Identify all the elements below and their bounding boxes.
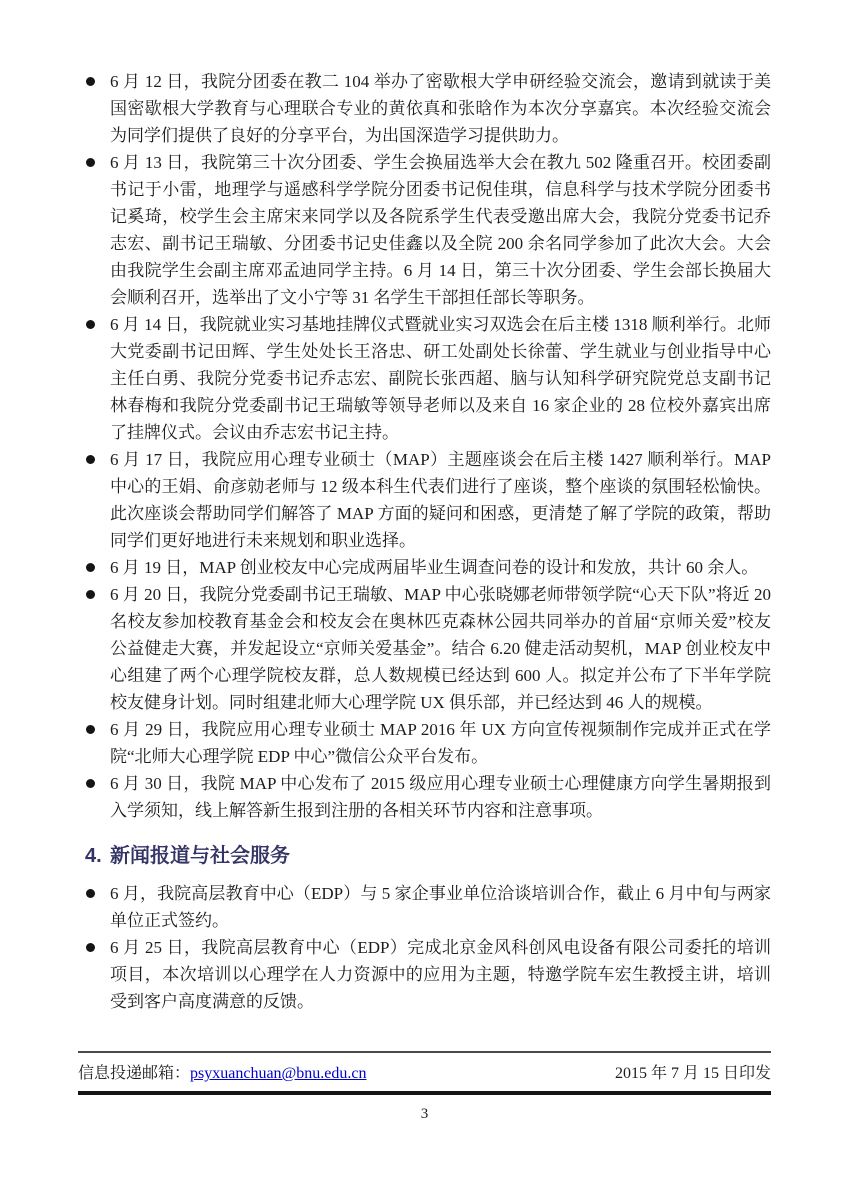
list-item-text: 6 月 30 日，我院 MAP 中心发布了 2015 级应用心理专业硕士心理健康… [110,774,771,820]
page-content: 6 月 12 日，我院分团委在教二 104 举办了密歇根大学申研经验交流会，邀请… [78,68,771,1015]
list-item: 6 月 29 日，我院应用心理专业硕士 MAP 2016 年 UX 方向宣传视频… [78,716,771,770]
footer-row: 信息投递邮箱： psyxuanchuan@bnu.edu.cn 2015 年 7… [78,1060,771,1083]
page-footer: 信息投递邮箱： psyxuanchuan@bnu.edu.cn 2015 年 7… [78,1051,771,1095]
list-item: 6 月 19 日，MAP 创业校友中心完成两届毕业生调查问卷的设计和发放，共计 … [78,554,771,581]
list-item-text: 6 月 19 日，MAP 创业校友中心完成两届毕业生调查问卷的设计和发放，共计 … [110,558,758,577]
footer-divider-thin [78,1051,771,1053]
list-item-text: 6 月 25 日，我院高层教育中心（EDP）完成北京金风科创风电设备有限公司委托… [110,938,771,1011]
list-item-text: 6 月，我院高层教育中心（EDP）与 5 家企事业单位洽谈培训合作，截止 6 月… [110,884,771,930]
list-item-text: 6 月 29 日，我院应用心理专业硕士 MAP 2016 年 UX 方向宣传视频… [110,720,771,766]
list-item: 6 月 30 日，我院 MAP 中心发布了 2015 级应用心理专业硕士心理健康… [78,770,771,824]
footer-issue-date: 2015 年 7 月 15 日印发 [615,1060,771,1083]
list-item: 6 月 25 日，我院高层教育中心（EDP）完成北京金风科创风电设备有限公司委托… [78,934,771,1015]
page-number: 3 [0,1106,849,1123]
list-item-text: 6 月 20 日，我院分党委副书记王瑞敏、MAP 中心张晓娜老师带领学院“心天下… [110,585,771,712]
list-item: 6 月 17 日，我院应用心理专业硕士（MAP）主题座谈会在后主楼 1427 顺… [78,446,771,554]
list-item-text: 6 月 13 日，我院第三十次分团委、学生会换届选举大会在教九 502 隆重召开… [110,153,771,307]
list-item: 6 月 12 日，我院分团委在教二 104 举办了密歇根大学申研经验交流会，邀请… [78,68,771,149]
footer-email-link[interactable]: psyxuanchuan@bnu.edu.cn [190,1065,366,1083]
list-item: 6 月 13 日，我院第三十次分团委、学生会换届选举大会在教九 502 隆重召开… [78,149,771,311]
list-item-text: 6 月 17 日，我院应用心理专业硕士（MAP）主题座谈会在后主楼 1427 顺… [110,450,771,550]
footer-email: 信息投递邮箱： psyxuanchuan@bnu.edu.cn [78,1060,366,1083]
footer-email-label: 信息投递邮箱： [78,1060,190,1083]
june-events-list: 6 月 12 日，我院分团委在教二 104 举办了密歇根大学申研经验交流会，邀请… [78,68,771,824]
list-item: 6 月，我院高层教育中心（EDP）与 5 家企事业单位洽谈培训合作，截止 6 月… [78,880,771,934]
list-item: 6 月 14 日，我院就业实习基地挂牌仪式暨就业实习双选会在后主楼 1318 顺… [78,311,771,446]
section-number: 4. [78,845,110,868]
footer-divider-thick [78,1091,771,1095]
section-heading: 4. 新闻报道与社会服务 [78,839,771,868]
document-page: 6 月 12 日，我院分团委在教二 104 举办了密歇根大学申研经验交流会，邀请… [0,0,849,1200]
news-section-list: 6 月，我院高层教育中心（EDP）与 5 家企事业单位洽谈培训合作，截止 6 月… [78,880,771,1015]
section-title: 新闻报道与社会服务 [110,839,290,868]
list-item-text: 6 月 12 日，我院分团委在教二 104 举办了密歇根大学申研经验交流会，邀请… [110,72,771,145]
list-item-text: 6 月 14 日，我院就业实习基地挂牌仪式暨就业实习双选会在后主楼 1318 顺… [110,315,771,442]
list-item: 6 月 20 日，我院分党委副书记王瑞敏、MAP 中心张晓娜老师带领学院“心天下… [78,581,771,716]
